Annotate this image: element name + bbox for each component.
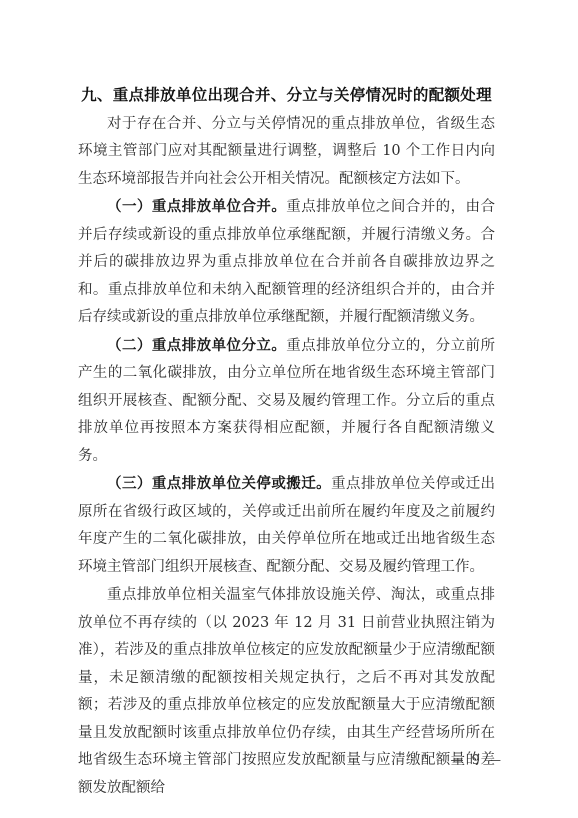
paragraph-division: （二）重点排放单位分立。重点排放单位分立的，分立前所产生的二氧化碳排放，由分立单… (78, 332, 495, 471)
paragraph-text: 重点排放单位分立的，分立前所产生的二氧化碳排放，由分立单位所在地省级生态环境主管… (78, 338, 495, 464)
document-content: 九、重点排放单位出现合并、分立与关停情况时的配额处理 对于存在合并、分立与关停情… (78, 82, 495, 802)
paragraph-lead: （二）重点排放单位分立。 (107, 337, 286, 354)
section-heading: 九、重点排放单位出现合并、分立与关停情况时的配额处理 (78, 82, 495, 110)
paragraph-lead: （三）重点排放单位关停或搬迁。 (107, 475, 331, 492)
paragraph-merger: （一）重点排放单位合并。重点排放单位之间合并的，由合并后存续或新设的重点排放单位… (78, 193, 495, 332)
paragraph-lead: （一）重点排放单位合并。 (107, 198, 286, 215)
paragraph-intro: 对于存在合并、分立与关停情况的重点排放单位，省级生态环境主管部门应对其配额量进行… (78, 110, 495, 194)
paragraph-text: 重点排放单位之间合并的，由合并后存续或新设的重点排放单位承继配额，并履行清缴义务… (78, 199, 495, 325)
paragraph-text: 重点排放单位相关温室气体排放设施关停、淘汰，或重点排放单位不再存续的（以 202… (78, 587, 495, 796)
paragraph-facility-closure: 重点排放单位相关温室气体排放设施关停、淘汰，或重点排放单位不再存续的（以 202… (78, 581, 495, 802)
page-number: — 9 — (450, 752, 503, 770)
document-page: 九、重点排放单位出现合并、分立与关停情况时的配额处理 对于存在合并、分立与关停情… (0, 0, 578, 818)
paragraph-text: 对于存在合并、分立与关停情况的重点排放单位，省级生态环境主管部门应对其配额量进行… (78, 116, 495, 187)
paragraph-shutdown-relocation: （三）重点排放单位关停或搬迁。重点排放单位关停或迁出原所在省级行政区域的，关停或… (78, 470, 495, 581)
